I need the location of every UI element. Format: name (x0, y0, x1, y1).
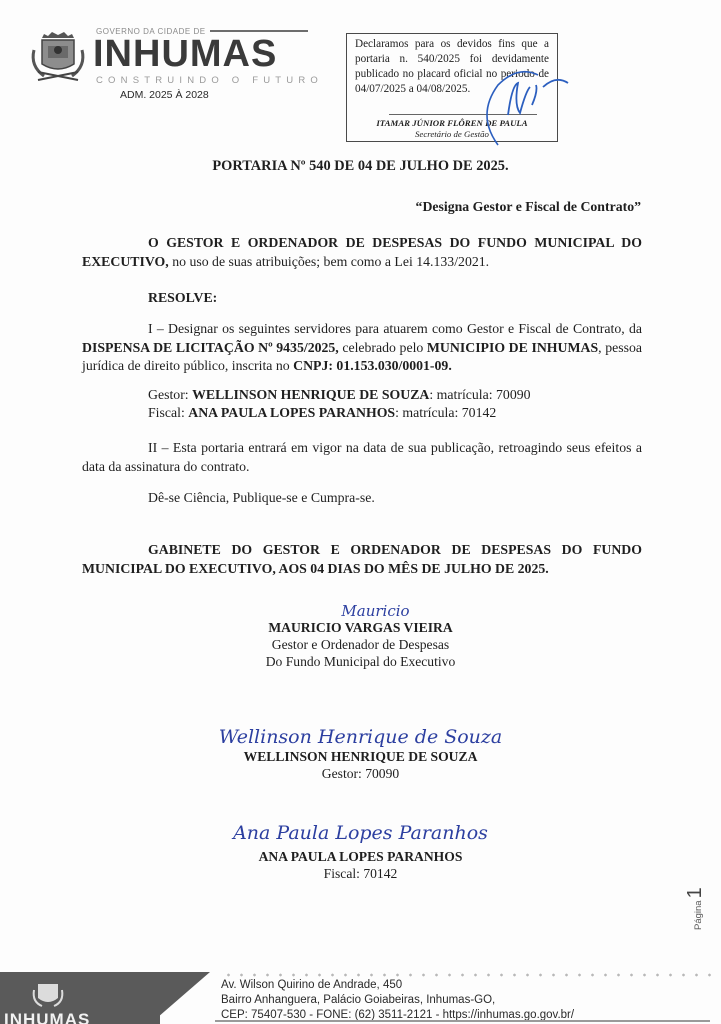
item-1-paragraph: I – Designar os seguintes servidores par… (82, 320, 642, 376)
footer-dotted-rule (222, 973, 712, 977)
signer-role: Gestor e Ordenador de Despesas (0, 636, 721, 653)
resolve-heading: RESOLVE: (148, 289, 217, 308)
signer-name: WELLINSON HENRIQUE DE SOUZA (0, 748, 721, 765)
footer-address-line-2: Bairro Anhanguera, Palácio Goiabeiras, I… (221, 993, 574, 1008)
gestor-registration: : matrícula: 70090 (429, 387, 530, 402)
closing-line: Dê-se Ciência, Publique-se e Cumpra-se. (148, 489, 375, 508)
signature-block-ana-paula: Ana Paula Lopes Paranhos ANA PAULA LOPES… (0, 818, 721, 882)
item-1-text: celebrado pelo (339, 340, 427, 355)
cabinet-paragraph: GABINETE DO GESTOR E ORDENADOR DE DESPES… (82, 541, 642, 578)
logo-administration: ADM. 2025 À 2028 (120, 89, 209, 101)
resolve-label: RESOLVE: (148, 290, 217, 305)
page-label: Página (693, 900, 704, 930)
signer-name: MAURICIO VARGAS VIEIRA (0, 619, 721, 636)
footer-city-name: INHUMAS (4, 1010, 90, 1024)
logo-divider (210, 30, 308, 32)
item-1-text: I – Designar os seguintes servidores par… (148, 321, 642, 336)
handwritten-signature: Mauricio (0, 603, 721, 619)
intro-text: no uso de suas atribuições; bem como a L… (169, 254, 489, 269)
fiscal-registration: : matrícula: 70142 (395, 405, 496, 420)
item-1-dispensa: DISPENSA DE LICITAÇÃO Nº 9435/2025, (82, 340, 339, 355)
gestor-line: Gestor: WELLINSON HENRIQUE DE SOUZA: mat… (148, 386, 531, 405)
gestor-name: WELLINSON HENRIQUE DE SOUZA (192, 387, 429, 402)
footer-diagonal (150, 972, 210, 1024)
signer-role: Gestor: 70090 (0, 765, 721, 782)
fiscal-line: Fiscal: ANA PAULA LOPES PARANHOS: matríc… (148, 404, 496, 423)
footer-rule (215, 1020, 710, 1022)
item-1-municipio: MUNICIPIO DE INHUMAS (427, 340, 598, 355)
signer-name: ANA PAULA LOPES PARANHOS (0, 848, 721, 865)
page-value: 1 (684, 887, 706, 898)
municipal-crest-icon (28, 30, 88, 86)
document-title: PORTARIA Nº 540 DE 04 DE JULHO DE 2025. (0, 158, 721, 175)
handwritten-signature: Ana Paula Lopes Paranhos (0, 818, 721, 848)
item-2-paragraph: II – Esta portaria entrará em vigor na d… (82, 439, 642, 476)
signature-block-mauricio: Mauricio MAURICIO VARGAS VIEIRA Gestor e… (0, 603, 721, 670)
signer-role-2: Do Fundo Municipal do Executivo (0, 653, 721, 670)
logo-city-name: INHUMAS (93, 35, 277, 73)
stamp-signature-icon (468, 55, 578, 150)
signer-role: Fiscal: 70142 (0, 865, 721, 882)
signature-block-wellinson: Wellinson Henrique de Souza WELLINSON HE… (0, 726, 721, 782)
footer-address: Av. Wilson Quirino de Andrade, 450 Bairr… (221, 978, 574, 1023)
intro-paragraph: O GESTOR E ORDENADOR DE DESPESAS DO FUND… (82, 234, 642, 271)
handwritten-signature: Wellinson Henrique de Souza (0, 726, 721, 748)
page-number: Página1 (676, 882, 716, 932)
footer-address-line-1: Av. Wilson Quirino de Andrade, 450 (221, 978, 574, 993)
logo-slogan: CONSTRUINDO O FUTURO (96, 75, 323, 86)
document-subtitle: “Designa Gestor e Fiscal de Contrato” (416, 199, 641, 215)
gestor-label: Gestor: (148, 387, 192, 402)
fiscal-label: Fiscal: (148, 405, 188, 420)
footer-crest-icon (30, 978, 66, 1008)
item-1-cnpj: CNPJ: 01.153.030/0001-09. (293, 358, 452, 373)
fiscal-name: ANA PAULA LOPES PARANHOS (188, 405, 395, 420)
